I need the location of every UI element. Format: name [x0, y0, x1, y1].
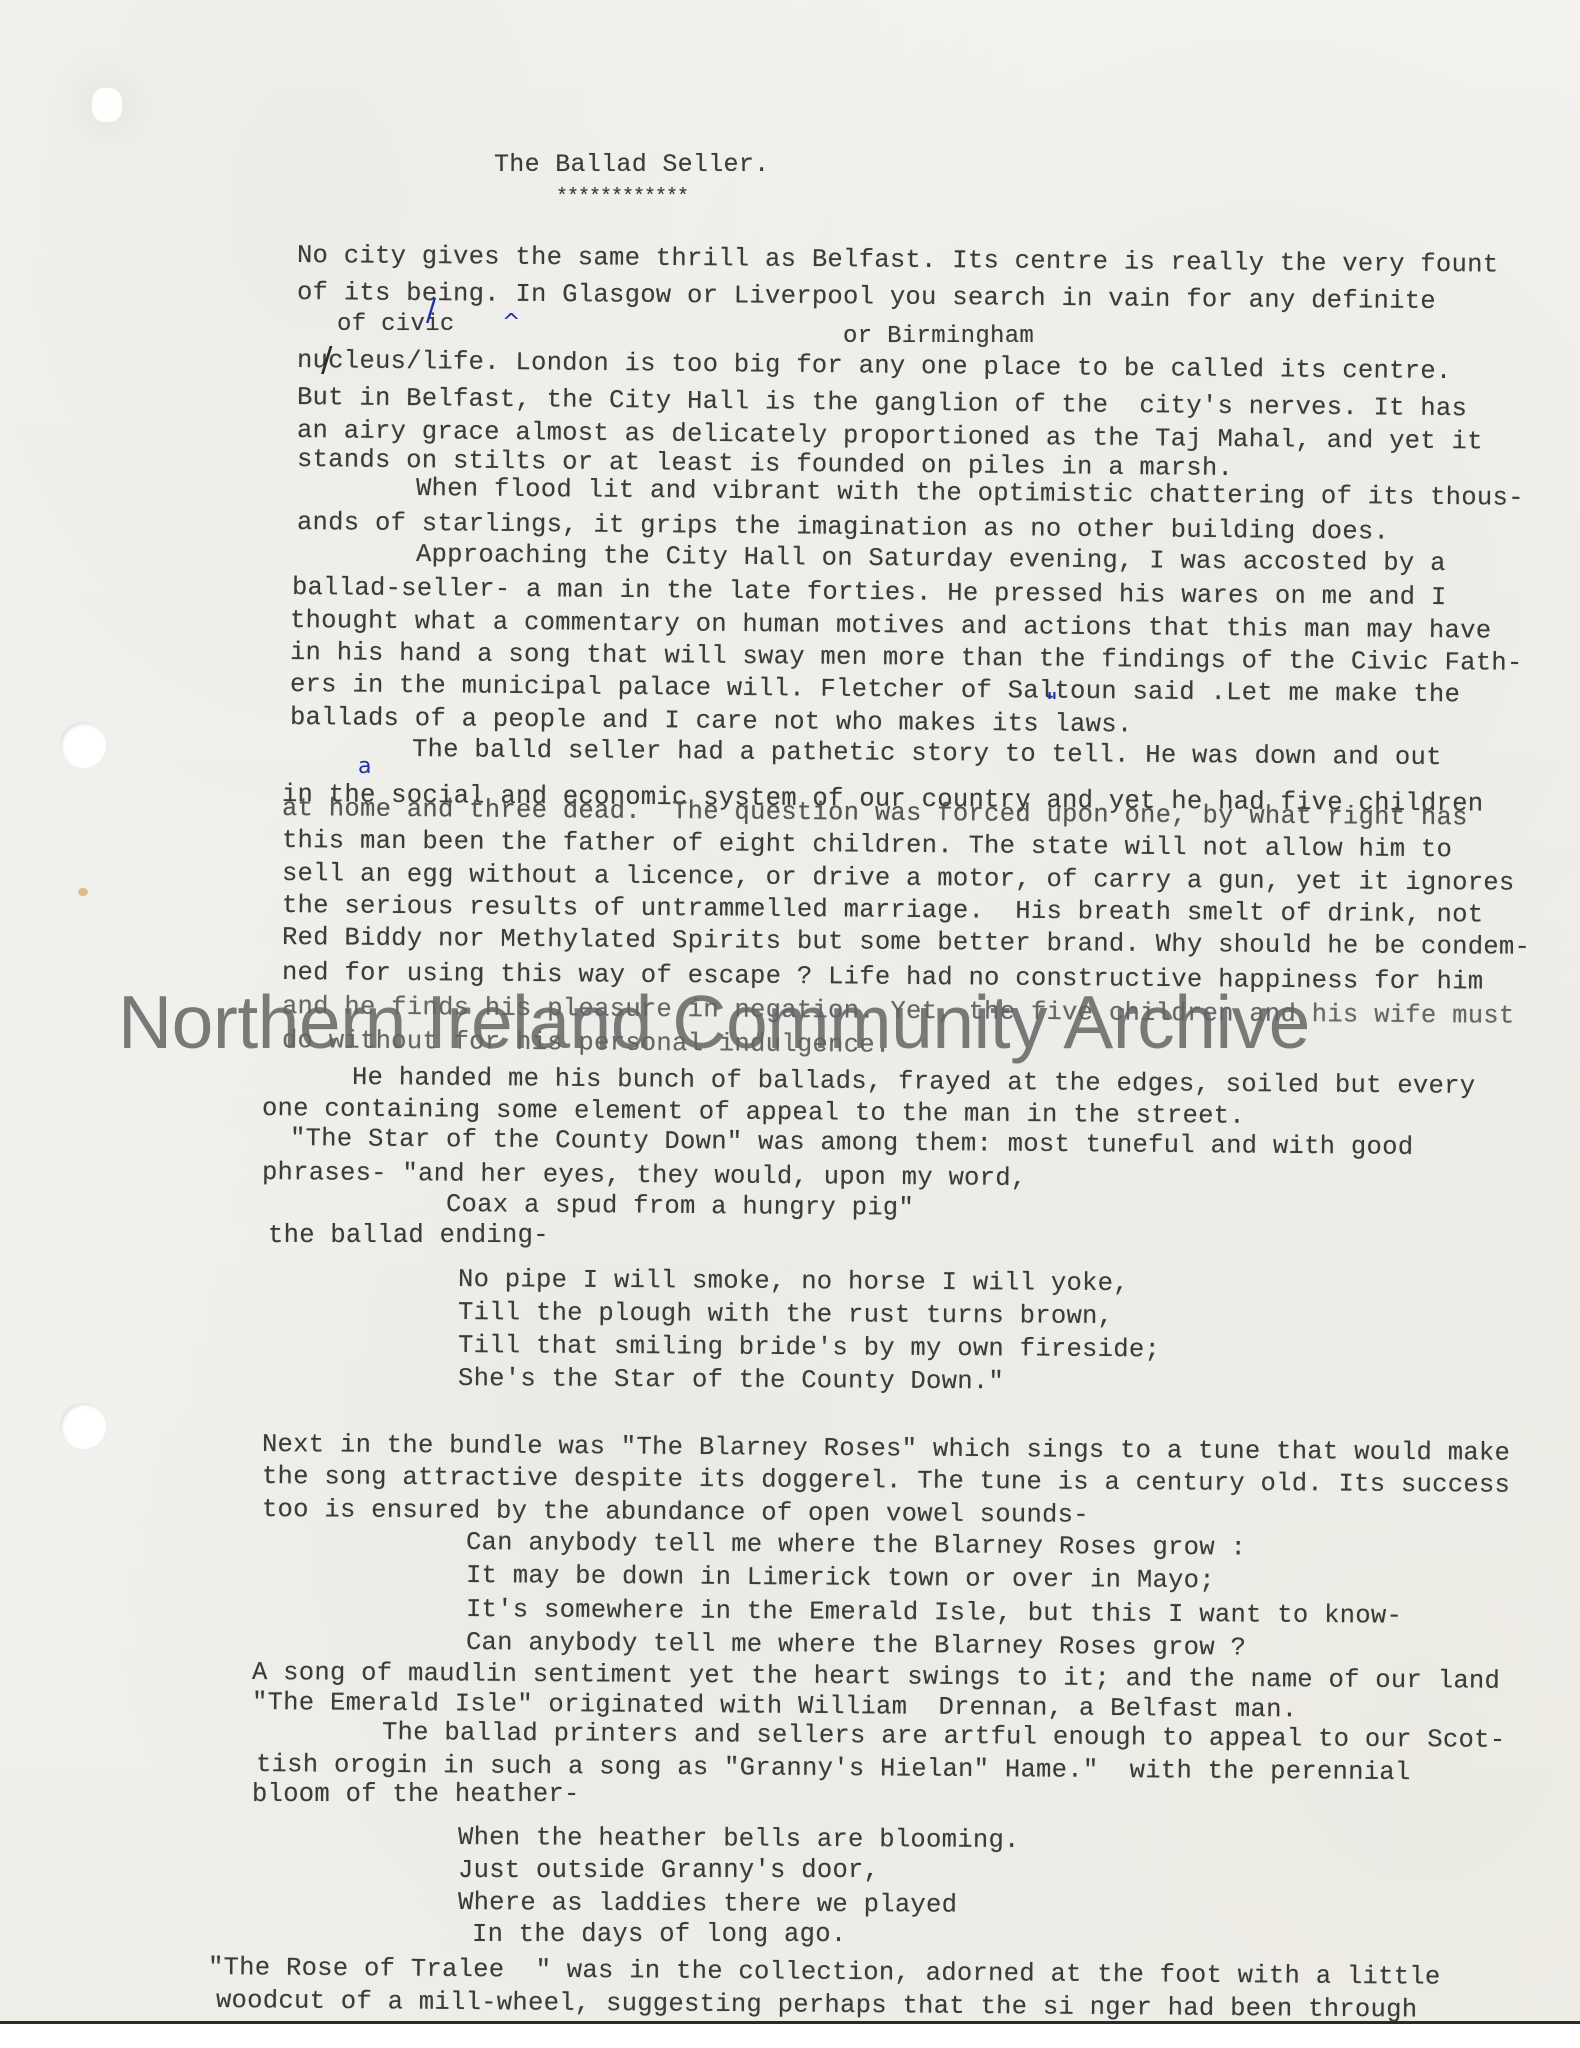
text-line: He handed me his bunch of ballads, fraye… — [352, 1065, 1476, 1099]
text-line: nucleus/life. London is too big for any … — [297, 348, 1452, 385]
text-line: woodcut of a mill-wheel, suggesting perh… — [216, 1988, 1418, 2023]
verse-line: It's somewhere in the Emerald Isle, but … — [466, 1597, 1402, 1629]
text-line: too is ensured by the abundance of open … — [262, 1497, 1089, 1528]
punch-hole-lower — [60, 1403, 106, 1449]
handwritten-insert-birmingham: or Birmingham — [843, 325, 1034, 349]
text-line: ballad-seller- a man in the late forties… — [292, 575, 1447, 611]
pen-insert-a: a — [358, 756, 371, 778]
text-line: phrases- "and her eyes, they would, upon… — [262, 1160, 1027, 1192]
verse-line: Can anybody tell me where the Blarney Ro… — [466, 1530, 1246, 1561]
paper-stain — [78, 888, 88, 896]
pen-caret-mark: ^ — [502, 312, 520, 334]
text-line: ballads of a people and I care not who m… — [290, 705, 1133, 738]
title-underline: ************ — [556, 188, 688, 208]
text-line: the song attractive despite its doggerel… — [262, 1464, 1510, 1498]
verse-line: She's the Star of the County Down." — [458, 1366, 1004, 1395]
text-line: "The Rose of Tralee " was in the collect… — [208, 1955, 1441, 1990]
text-line: the ballad ending- — [268, 1223, 549, 1249]
verse-line: Just outside Granny's door, — [458, 1858, 879, 1884]
archive-watermark: Northern Ireland Community Archive — [118, 985, 1310, 1060]
text-line: ers in the municipal palace will. Fletch… — [290, 672, 1460, 708]
text-line: Next in the bundle was "The Blarney Rose… — [262, 1432, 1510, 1466]
pen-strikethrough-mark: / — [426, 296, 436, 326]
staple-mark — [92, 88, 122, 122]
verse-line: In the days of long ago. — [472, 1922, 846, 1948]
text-line: No city gives the same thrill as Belfast… — [297, 243, 1499, 278]
document-title: The Ballad Seller. — [494, 152, 769, 177]
verse-line: Till the plough with the rust turns brow… — [458, 1300, 1113, 1330]
text-line: sell an egg without a licence, or drive … — [282, 861, 1515, 896]
verse-line: No pipe I will smoke, no horse I will yo… — [458, 1267, 1129, 1297]
text-line: at home and three dead. The question was… — [282, 796, 1468, 831]
text-line: Approaching the City Hall on Saturday ev… — [416, 542, 1446, 576]
verse-line: When the heather bells are blooming. — [458, 1825, 1020, 1853]
verse-line: Till that smiling bride's by my own fire… — [458, 1333, 1160, 1363]
text-line: this man been the father of eight childr… — [282, 828, 1452, 863]
text-line: the serious results of untrammelled marr… — [282, 893, 1484, 928]
handwritten-insert-of-civic: of civic — [337, 313, 455, 337]
slash-mark: / — [321, 343, 332, 377]
text-line: of its being. In Glasgow or Liverpool yo… — [297, 280, 1436, 314]
text-line: Red Biddy nor Methylated Spirits but som… — [282, 925, 1530, 960]
punch-hole-upper — [60, 722, 106, 768]
text-line: Coax a spud from a hungry pig" — [446, 1192, 914, 1221]
verse-line: It may be down in Limerick town or over … — [466, 1563, 1215, 1594]
verse-line: Can anybody tell me where the Blarney Ro… — [466, 1630, 1246, 1661]
text-line: "The Star of the County Down" was among … — [290, 1126, 1414, 1160]
text-line: bloom of the heather- — [252, 1782, 580, 1808]
text-line: The balld seller had a pathetic story to… — [412, 737, 1442, 771]
scan-background — [0, 2024, 1580, 2048]
typed-page: The Ballad Seller. ************ No city … — [0, 0, 1580, 2024]
verse-line: Where as laddies there we played — [458, 1890, 957, 1918]
text-line: The ballad printers and sellers are artf… — [382, 1720, 1506, 1753]
text-line: But in Belfast, the City Hall is the gan… — [297, 385, 1467, 422]
text-line: When flood lit and vibrant with the opti… — [416, 476, 1524, 511]
